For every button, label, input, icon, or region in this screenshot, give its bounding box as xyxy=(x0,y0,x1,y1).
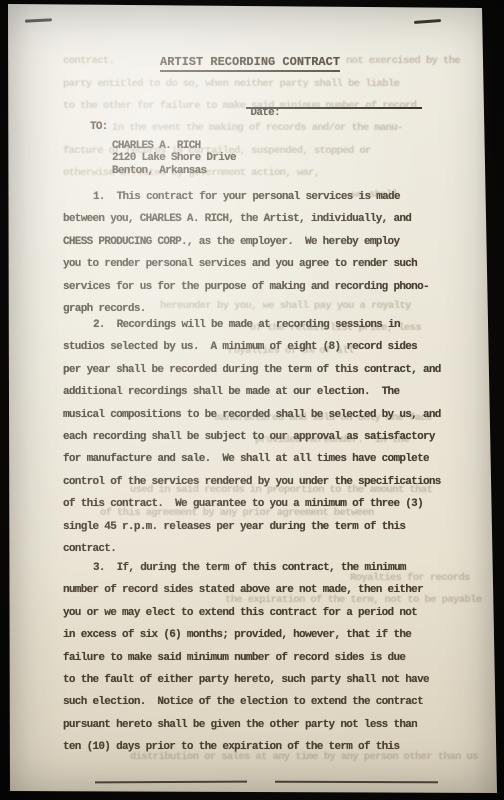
contract-text-line: studios selected by us. A minimum of eig… xyxy=(63,336,463,358)
contract-text-line: additional recordings shall be made at o… xyxy=(63,381,463,403)
contract-text-line: such election. Notice of the election to… xyxy=(63,691,463,713)
contract-text-line: 2. Recordings will be made at recording … xyxy=(63,314,463,336)
document-title: ARTIST RECORDING CONTRACT xyxy=(160,55,340,72)
contract-text-line: you or we may elect to extend this contr… xyxy=(63,602,463,624)
bleed-through-rule-right xyxy=(275,781,438,784)
bleed-through-text: contract. xyxy=(63,55,114,67)
to-label: TO: xyxy=(90,121,108,133)
bleed-through-text: not exercised by the xyxy=(346,55,460,67)
contract-text-line: services for us for the purpose of makin… xyxy=(63,276,463,298)
contract-text-line: you to render personal services and you … xyxy=(63,253,463,275)
contract-text-line: musical compositions to be recorded shal… xyxy=(63,404,463,426)
contract-text-line: of this contract. We guarantee to you a … xyxy=(63,493,463,515)
address-line: Benton, Arkansas xyxy=(112,165,236,177)
contract-paragraph-1: 1. This contract for your personal servi… xyxy=(63,186,463,320)
contract-text-line: between you, CHARLES A. RICH, the Artist… xyxy=(63,208,463,230)
contract-text-line: CHESS PRODUCING CORP., as the employer. … xyxy=(63,231,463,253)
address-line: CHARLES A. RICH xyxy=(112,140,236,152)
contract-text-line: per year shall be recorded during the te… xyxy=(63,359,463,381)
contract-text-line: 3. If, during the term of this contract,… xyxy=(63,557,463,579)
photo-backdrop: contract.not exercised by theparty entit… xyxy=(0,0,504,800)
address-line: 2120 Lake Shore Drive xyxy=(112,152,236,164)
recipient-address-block: CHARLES A. RICH2120 Lake Shore DriveBent… xyxy=(112,140,236,177)
date-row: Date: xyxy=(215,95,280,143)
staple-mark-right xyxy=(414,19,441,24)
contract-text-line: 1. This contract for your personal servi… xyxy=(63,186,463,208)
contract-text-line: failure to make said minimum number of r… xyxy=(63,647,463,669)
bleed-through-rule-left xyxy=(95,781,247,784)
date-blank-line xyxy=(246,107,422,109)
contract-paragraph-2: 2. Recordings will be made at recording … xyxy=(63,314,463,560)
contract-text-line: each recording shall be subject to our a… xyxy=(63,426,463,448)
contract-text-line: number of record sides stated above are … xyxy=(63,579,463,601)
bleed-through-text: party entitled to do so, when neither pa… xyxy=(63,78,399,90)
contract-text-line: in excess of six (6) months; provided, h… xyxy=(63,624,463,646)
contract-text-line: pursuant hereto shall be given the other… xyxy=(63,714,463,736)
contract-text-line: for manufacture and sale. We shall at al… xyxy=(63,448,463,470)
contract-text-line: to the fault of either party hereto, suc… xyxy=(63,669,463,691)
contract-text-line: ten (10) days prior to the expiration of… xyxy=(63,736,463,758)
contract-text-line: control of the services rendered by you … xyxy=(63,471,463,493)
contract-text-line: single 45 r.p.m. releases per year durin… xyxy=(63,516,463,538)
contract-page: contract.not exercised by theparty entit… xyxy=(0,0,504,800)
contract-paragraph-3: 3. If, during the term of this contract,… xyxy=(63,557,463,759)
staple-mark-left xyxy=(25,18,52,22)
